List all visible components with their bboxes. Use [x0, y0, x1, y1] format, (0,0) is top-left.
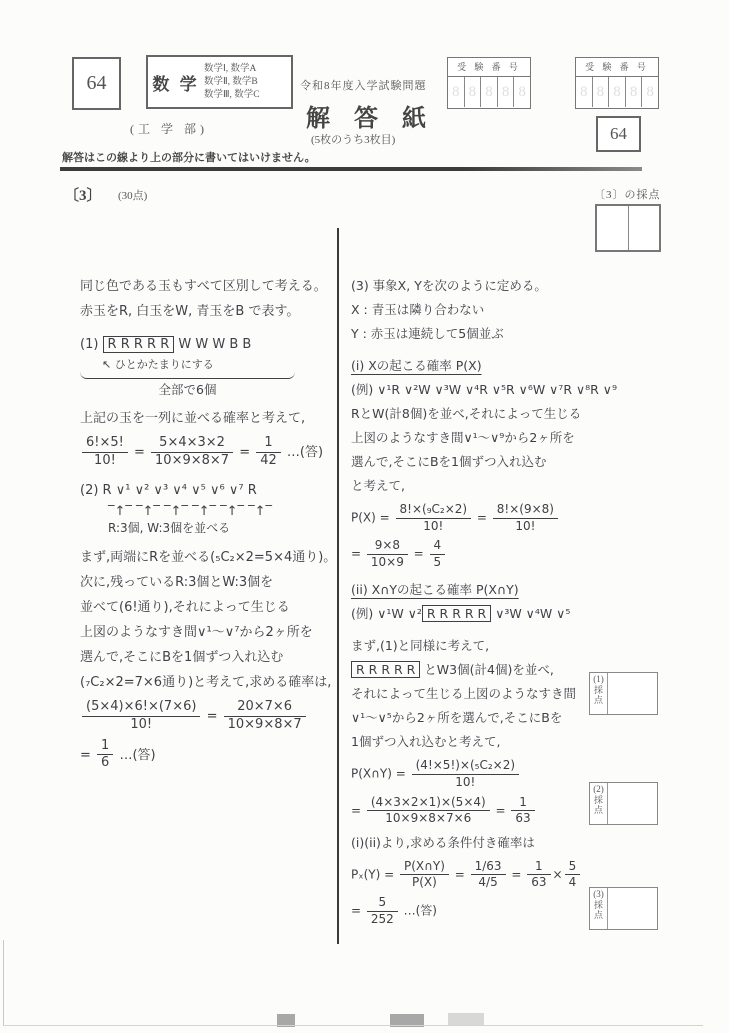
handwritten-line: = 5252 …(答) — [351, 895, 607, 927]
fraction: 163 — [527, 859, 550, 891]
grading-caption: 〔3〕の採点 — [594, 186, 661, 202]
problem-number: 〔3〕 — [64, 184, 102, 205]
boxed-group: R R R R R — [103, 336, 175, 353]
handwritten-line: P(X) = 8!×(₉C₂×2)10! = 8!×(9×8)10! — [351, 502, 607, 534]
score-box-caption: 採点 — [592, 685, 605, 705]
sheet-number-note: (5枚のうち3枚目) — [311, 131, 395, 147]
exam-number-cell: 8 — [465, 77, 482, 107]
exam-number-cell: 8 — [498, 77, 515, 107]
fraction: 54 — [565, 859, 581, 891]
header-rule-line — [60, 167, 642, 171]
page-edge-bottom — [3, 1025, 703, 1026]
exam-number-cell: 8 — [481, 77, 498, 107]
handwritten-line: (i) Xの起こる確率 P(X) — [351, 354, 607, 378]
subject-course: 数学Ⅲ, 数学C — [204, 89, 291, 102]
score-box-caption: 採点 — [592, 795, 605, 815]
exam-number-cell: 8 — [448, 77, 465, 107]
handwritten-line: 選んで,そこにBを1個ずつ入れ込む — [351, 450, 607, 474]
handwritten-line: Y : 赤玉は連続して5個並ぶ — [351, 322, 607, 346]
grading-cell — [597, 206, 629, 250]
score-box-caption: 採点 — [592, 900, 605, 920]
score-box-label: (2) 採点 — [590, 783, 608, 824]
scan-artifact — [448, 1013, 484, 1025]
handwritten-line: (i)(ii)より,求める条件付き確率は — [351, 831, 607, 855]
score-box-number: (1) — [593, 674, 604, 685]
faculty-label: (工 学 部) — [130, 120, 208, 137]
handwritten-line: 上記の玉を一列に並べる確率と考えて, — [80, 406, 340, 431]
score-box-3: (3) 採点 — [589, 887, 658, 930]
exam-year-title: 令和8年度入学試験問題 — [300, 77, 427, 93]
answer-left-column: 同じ色である玉もすべて区別して考える。赤玉をR, 白玉をW, 青玉をB で表す。… — [80, 274, 340, 776]
handwritten-line: R R R R R とW3個(計4個)を並べ, — [351, 658, 607, 682]
handwritten-line: 全部で6個 — [80, 372, 295, 398]
fraction: 9×810×9 — [367, 538, 408, 570]
fraction: 8!×(₉C₂×2)10! — [396, 502, 472, 534]
handwritten-line: 選んで,そこにBを1個ずつ入れ込む — [80, 645, 340, 670]
exam-number-cell: 8 — [642, 77, 658, 107]
handwritten-line: (ii) X∩Yの起こる確率 P(X∩Y) — [351, 578, 607, 602]
fraction: (4×3×2×1)×(5×4)10×9×8×7×6 — [367, 795, 490, 827]
no-write-warning: 解答はこの線より上の部分に書いてはいけません。 — [62, 149, 316, 165]
subject-box: 数 学 数学Ⅰ, 数学A 数学Ⅱ, 数学B 数学Ⅲ, 数学C — [146, 55, 293, 109]
handwritten-line: X : 青玉は隣り合わない — [351, 298, 607, 322]
exam-number-cells: 8 8 8 8 8 — [576, 77, 658, 107]
fraction: 16 — [97, 738, 113, 773]
grading-box — [595, 204, 661, 252]
score-box-field — [608, 673, 657, 714]
score-box-number: (2) — [593, 784, 604, 795]
subject-course: 数学Ⅰ, 数学A — [204, 63, 291, 76]
sheet-title: 解 答 紙 — [306, 98, 435, 133]
fraction: (5×4)×6!×(7×6)10! — [82, 699, 200, 734]
score-box-label: (3) 採点 — [590, 888, 608, 929]
fraction: 45 — [430, 538, 446, 570]
exam-number-cell: 8 — [514, 77, 530, 107]
handwritten-line: R:3個, W:3個を並べる — [108, 520, 340, 537]
subject-course-list: 数学Ⅰ, 数学A 数学Ⅱ, 数学B 数学Ⅲ, 数学C — [204, 63, 291, 102]
handwritten-line: (1) R R R R R W W W B B — [80, 332, 340, 357]
handwritten-line: ‾↑‾ ‾↑‾ ‾↑‾ ‾↑‾ ‾↑‾ ‾↑‾ — [108, 503, 340, 520]
handwritten-line: (5×4)×6!×(7×6)10! = 20×7×610×9×8×7 — [80, 699, 340, 734]
fraction: 163 — [511, 795, 534, 827]
boxed-group: R R R R R — [422, 605, 491, 622]
handwritten-line: 上図のようなすき間∨¹〜∨⁷から2ヶ所を — [80, 620, 340, 645]
fraction: (4!×5!)×(₅C₂×2)10! — [412, 758, 519, 790]
handwritten-line: まず,(1)と同様に考えて, — [351, 634, 607, 658]
handwritten-line: 赤玉をR, 白玉をW, 青玉をB で表す。 — [80, 299, 340, 324]
fraction: 8!×(9×8)10! — [493, 502, 558, 534]
fraction: 5×4×3×210×9×8×7 — [151, 435, 233, 470]
handwritten-line: Pₓ(Y) = P(X∩Y)P(X) = 1/634/5 = 163×54 — [351, 859, 607, 891]
page-code-box: 64 — [72, 57, 121, 110]
fraction: 1/634/5 — [471, 859, 506, 891]
handwritten-line: (例) ∨¹W ∨²R R R R R ∨³W ∨⁴W ∨⁵ — [351, 602, 607, 626]
handwritten-line: (3) 事象X, Yを次のように定める。 — [351, 274, 607, 298]
exam-number-label: 受 験 番 号 — [448, 58, 530, 77]
handwritten-line: = 16 …(答) — [80, 738, 340, 773]
exam-number-cells: 8 8 8 8 8 — [448, 77, 530, 107]
handwritten-line: P(X∩Y) = (4!×5!)×(₅C₂×2)10! — [351, 758, 607, 790]
fraction: 6!×5!10! — [82, 435, 128, 470]
score-box-field — [608, 888, 657, 929]
page-edge-left — [3, 940, 4, 1026]
exam-number-box-right: 受 験 番 号 8 8 8 8 8 — [575, 57, 659, 109]
problem-points: (30点) — [118, 187, 147, 203]
handwritten-line: 次に,残っているR:3個とW:3個を — [80, 570, 340, 595]
answer-sheet-page: 64 数 学 数学Ⅰ, 数学A 数学Ⅱ, 数学B 数学Ⅲ, 数学C 令和8年度入… — [0, 0, 729, 1033]
exam-number-cell: 8 — [593, 77, 610, 107]
subject-title: 数 学 — [148, 70, 204, 95]
boxed-group: R R R R R — [351, 661, 420, 678]
handwritten-line: 6!×5!10! = 5×4×3×210×9×8×7 = 142 …(答) — [80, 435, 340, 470]
handwritten-line: = (4×3×2×1)×(5×4)10×9×8×7×6 = 163 — [351, 795, 607, 827]
exam-number-cell: 8 — [626, 77, 643, 107]
exam-number-label: 受 験 番 号 — [576, 58, 658, 77]
page-code-small: 64 — [610, 124, 627, 144]
grading-cell — [629, 206, 660, 250]
answer-right-column: (3) 事象X, Yを次のように定める。X : 青玉は隣り合わないY : 赤玉は… — [351, 274, 607, 931]
score-box-label: (1) 採点 — [590, 673, 608, 714]
handwritten-line: それによって生じる上図のようなすき間 — [351, 682, 607, 706]
score-box-1: (1) 採点 — [589, 672, 658, 715]
fraction: 20×7×610×9×8×7 — [224, 699, 306, 734]
exam-number-cell: 8 — [609, 77, 626, 107]
handwritten-line: 並べて(6!通り),それによって生じる — [80, 595, 340, 620]
handwritten-line: と考えて, — [351, 474, 607, 498]
handwritten-line: RとW(計8個)を並べ,それによって生じる — [351, 402, 607, 426]
exam-number-cell: 8 — [576, 77, 593, 107]
score-box-number: (3) — [593, 889, 604, 900]
page-code-box-small: 64 — [596, 116, 641, 152]
handwritten-line: 上図のようなすき間∨¹〜∨⁹から2ヶ所を — [351, 426, 607, 450]
handwritten-line: (₇C₂×2=7×6通り)と考えて,求める確率は, — [80, 670, 340, 695]
handwritten-line: ∨¹〜∨⁵から2ヶ所を選んで,そこにBを — [351, 706, 607, 730]
handwritten-line: = 9×810×9 = 45 — [351, 538, 607, 570]
handwritten-line: 同じ色である玉もすべて区別して考える。 — [80, 274, 340, 299]
score-box-2: (2) 採点 — [589, 782, 658, 825]
page-code: 64 — [87, 72, 107, 95]
handwritten-line: まず,両端にRを並べる(₅C₂×2=5×4通り)。 — [80, 545, 340, 570]
fraction: P(X∩Y)P(X) — [400, 859, 449, 891]
handwritten-line: ↖ ひとかたまりにする — [102, 357, 340, 372]
subject-course: 数学Ⅱ, 数学B — [204, 76, 291, 89]
exam-number-box-left: 受 験 番 号 8 8 8 8 8 — [447, 57, 531, 109]
fraction: 5252 — [367, 895, 398, 927]
handwritten-line: 1個ずつ入れ込むと考えて, — [351, 730, 607, 754]
handwritten-line: (例) ∨¹R ∨²W ∨³W ∨⁴R ∨⁵R ∨⁶W ∨⁷R ∨⁸R ∨⁹ — [351, 378, 607, 402]
fraction: 142 — [256, 435, 281, 470]
score-box-field — [608, 783, 657, 824]
handwritten-line: (2) R ∨¹ ∨² ∨³ ∨⁴ ∨⁵ ∨⁶ ∨⁷ R — [80, 478, 340, 503]
